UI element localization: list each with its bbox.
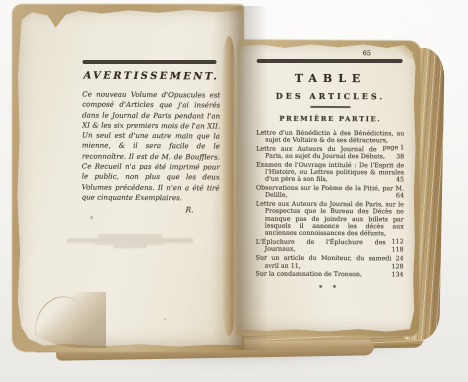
table-entry: L'Épluchure de l'Épluchure des Journaux,… (256, 239, 404, 254)
headpiece-rule (257, 59, 403, 63)
headpiece-rule (83, 60, 217, 64)
left-page-text-block: AVERTISSEMENT. Ce nouveau Volume d'Opusc… (81, 60, 220, 215)
section-heading: PREMIÈRE PARTIE. (256, 114, 404, 123)
gathering-signature-mark: * * (255, 283, 403, 292)
gutter-shadow (212, 6, 268, 350)
photo-background: AVERTISSEMENT. Ce nouveau Volume d'Opusc… (0, 0, 468, 382)
table-text-block: TABLE DES ARTICLES. PREMIÈRE PARTIE. Let… (255, 59, 404, 292)
table-entry: Examen de l'Ouvrage intitulé : De l'Espr… (256, 161, 404, 184)
table-entry: Lettre d'un Bénédictin à des Bénédictins… (256, 129, 404, 144)
table-entry: Sur un article du Moniteur, du samedi 24… (256, 255, 404, 270)
table-entry: Sur la condamnation de Tronson, 134 (256, 271, 404, 279)
author-initial: R. (81, 205, 219, 215)
page-number: 65 (363, 49, 371, 57)
table-title: TABLE (257, 72, 405, 86)
paper-speck (164, 318, 166, 320)
table-of-contents: Lettre d'un Bénédictin à des Bénédictins… (256, 129, 405, 279)
avertissement-body: Ce nouveau Volume d'Opuscules est compos… (82, 90, 221, 204)
table-entry: Observations sur le Poème de la Pitié, p… (256, 185, 404, 200)
divider-rule (310, 106, 350, 108)
table-entry: Lettre aux Auteurs du Journal de Paris, … (256, 201, 404, 238)
showthrough-text (50, 234, 210, 248)
table-subtitle: DES ARTICLES. (256, 91, 404, 102)
avertissement-heading: AVERTISSEMENT. (82, 71, 220, 83)
paper-speck (90, 216, 93, 219)
